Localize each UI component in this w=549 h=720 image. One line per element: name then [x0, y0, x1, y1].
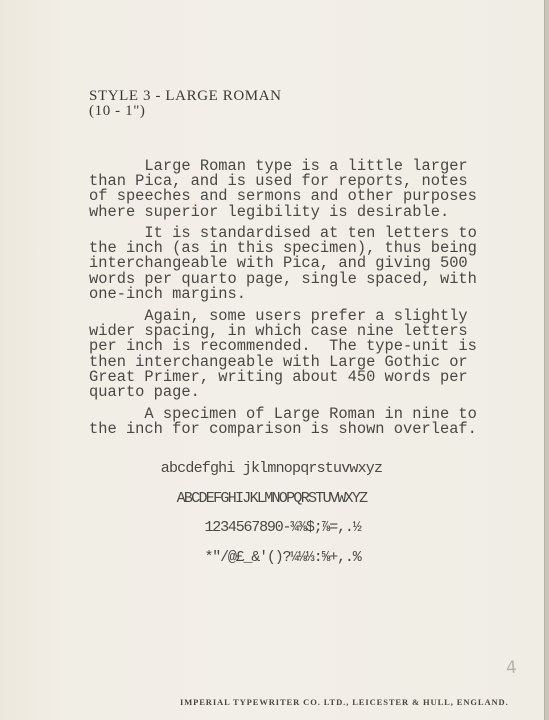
document-page: STYLE 3 - LARGE ROMAN (10 - 1") Large Ro… [0, 0, 545, 720]
heading-title: STYLE 3 - LARGE ROMAN [89, 88, 282, 104]
publisher-footer: IMPERIAL TYPEWRITER CO. LTD., LEICESTER … [180, 697, 509, 707]
paragraph-standard: It is standardised at ten letters to the… [89, 226, 477, 302]
specimen-numerals: 1234567890-¾⅜$;⅞=,.½ [8, 519, 549, 536]
paragraph-overleaf: A specimen of Large Roman in nine to the… [89, 407, 477, 437]
handwritten-page-number: 4 [505, 658, 517, 679]
specimen-uppercase: ABCDEFGHIJKLMNOPQRSTUVWXYZ [0, 490, 546, 507]
specimen-symbols: *"/@£_&'()?¼⅛⅓:⅝+,.% [8, 549, 549, 566]
style-heading: STYLE 3 - LARGE ROMAN (10 - 1") [89, 89, 282, 119]
paragraph-intro: Large Roman type is a little larger than… [89, 159, 477, 220]
heading-pitch: (10 - 1") [89, 103, 146, 119]
page-edge [544, 0, 549, 720]
specimen-lowercase: abcdefghi jklmnopqrstuvwxyz [0, 460, 546, 477]
paragraph-wider-spacing: Again, some users prefer a slightly wide… [89, 309, 477, 400]
